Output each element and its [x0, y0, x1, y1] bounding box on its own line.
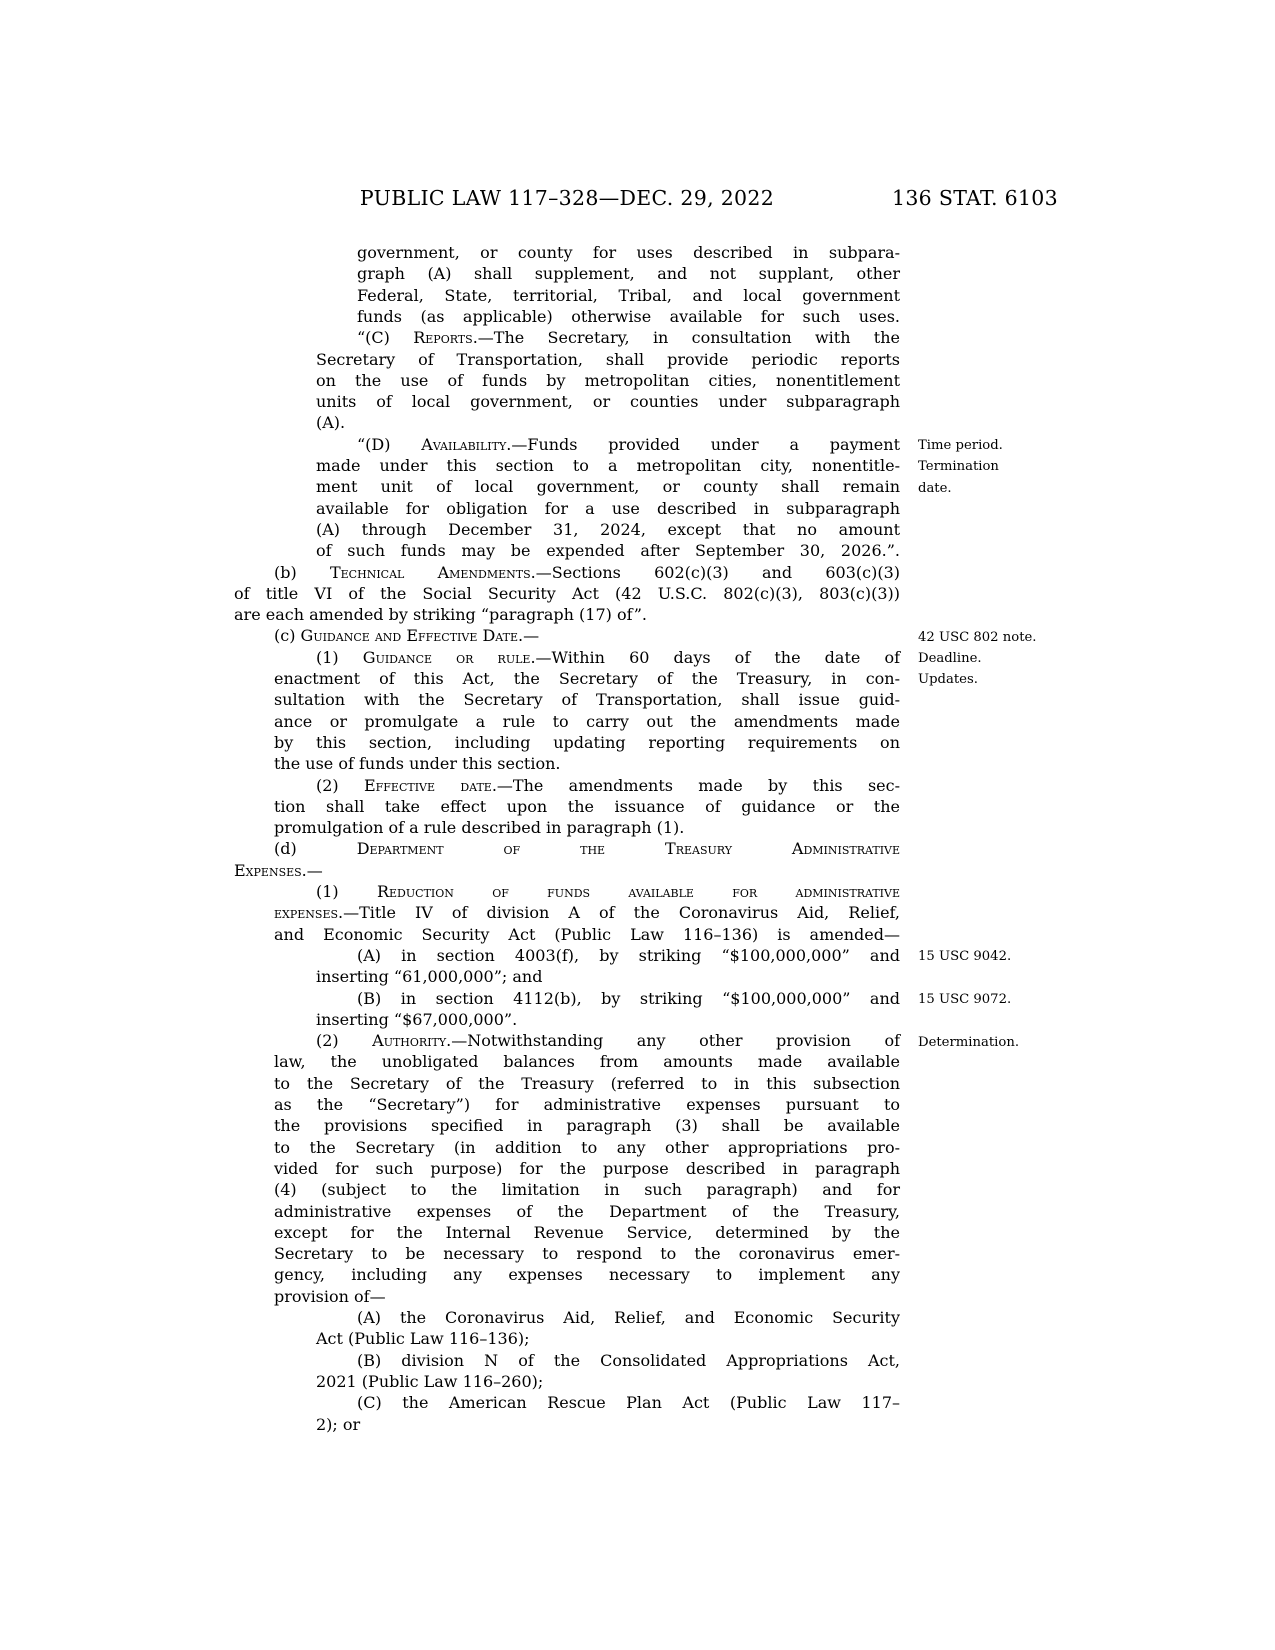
body-line: (C) the American Rescue Plan Act (Public…: [357, 1392, 900, 1413]
text-segment: .—Notwithstanding any other provision of: [446, 1031, 900, 1050]
body-line: (A) through December 31, 2024, except th…: [316, 519, 900, 540]
margin-note: Time period.Terminationdate.: [918, 435, 1068, 499]
page-header-stat-citation: 136 STAT. 6103: [850, 186, 1058, 210]
margin-note: 15 USC 9072.: [918, 989, 1068, 1010]
body-line: enactment of this Act, the Secretary of …: [274, 668, 900, 689]
body-line: funds (as applicable) otherwise availabl…: [357, 306, 900, 327]
text-segment: and Economic Security Act (Public Law 11…: [274, 925, 900, 944]
body-line: are each amended by striking “paragraph …: [234, 604, 900, 625]
text-segment: (1): [316, 882, 377, 901]
margin-note-line: Termination: [918, 456, 1068, 477]
small-caps-heading: Authority: [372, 1031, 446, 1050]
text-segment: (C) the American Rescue Plan Act (Public…: [357, 1393, 900, 1412]
body-line: of such funds may be expended after Sept…: [316, 540, 900, 561]
body-line: tion shall take effect upon the issuance…: [274, 796, 900, 817]
text-segment: (B) division N of the Consolidated Appro…: [357, 1351, 900, 1370]
body-line: (c) Guidance and Effective Date.—: [274, 625, 900, 646]
margin-note: Determination.: [918, 1032, 1068, 1053]
text-segment: of title VI of the Social Security Act (…: [234, 584, 900, 603]
body-line: graph (A) shall supplement, and not supp…: [357, 263, 900, 284]
body-line: on the use of funds by metropolitan citi…: [316, 370, 900, 391]
text-segment: .—: [518, 626, 539, 645]
text-segment: ance or promulgate a rule to carry out t…: [274, 712, 900, 731]
margin-note-line: 42 USC 802 note.: [918, 627, 1068, 648]
text-segment: made under this section to a metropolita…: [316, 456, 900, 475]
text-segment: ment unit of local government, or county…: [316, 477, 900, 496]
body-line: (4) (subject to the limitation in such p…: [274, 1179, 900, 1200]
body-line: sultation with the Secretary of Transpor…: [274, 689, 900, 710]
body-line: Expenses.—: [234, 860, 900, 881]
margin-note-line: Time period.: [918, 435, 1068, 456]
text-segment: (A) through December 31, 2024, except th…: [316, 520, 900, 539]
body-line: ment unit of local government, or county…: [316, 476, 900, 497]
body-line: government, or county for uses described…: [357, 242, 900, 263]
margin-note-line: Determination.: [918, 1032, 1068, 1053]
small-caps-heading: Department of the Treasury Administrativ…: [357, 839, 900, 858]
text-segment: (A) the Coronavirus Aid, Relief, and Eco…: [357, 1308, 900, 1327]
small-caps-heading: Guidance and Effective Date: [301, 626, 518, 645]
text-segment: .—The Secretary, in consultation with th…: [473, 328, 900, 347]
text-segment: vided for such purpose) for the purpose …: [274, 1159, 900, 1178]
body-line: administrative expenses of the Departmen…: [274, 1201, 900, 1222]
body-line: available for obligation for a use descr…: [316, 498, 900, 519]
body-line: Secretary of Transportation, shall provi…: [316, 349, 900, 370]
body-line: inserting “61,000,000”; and: [316, 966, 900, 987]
text-segment: (B) in section 4112(b), by striking “$10…: [357, 989, 900, 1008]
text-segment: on the use of funds by metropolitan citi…: [316, 371, 900, 390]
body-line: the provisions specified in paragraph (3…: [274, 1115, 900, 1136]
text-segment: (A).: [316, 413, 345, 432]
text-segment: graph (A) shall supplement, and not supp…: [357, 264, 900, 283]
body-line: provision of—: [274, 1286, 900, 1307]
statute-page: PUBLIC LAW 117–328—DEC. 29, 2022 136 STA…: [0, 0, 1275, 1650]
small-caps-heading: Guidance or rule: [363, 648, 531, 667]
body-line: to the Secretary of the Treasury (referr…: [274, 1073, 900, 1094]
body-line: (d) Department of the Treasury Administr…: [274, 838, 900, 859]
text-segment: gency, including any expenses necessary …: [274, 1265, 900, 1284]
text-segment: of such funds may be expended after Sept…: [316, 541, 900, 560]
small-caps-heading: Technical Amendments: [330, 563, 531, 582]
text-segment: as the “Secretary”) for administrative e…: [274, 1095, 900, 1114]
body-line: 2); or: [316, 1414, 900, 1435]
text-segment: government, or county for uses described…: [357, 243, 900, 262]
text-segment: .—: [302, 861, 323, 880]
text-segment: the use of funds under this section.: [274, 754, 560, 773]
body-line: (1) Guidance or rule.—Within 60 days of …: [316, 647, 900, 668]
text-segment: 2); or: [316, 1415, 360, 1434]
text-segment: .—Sections 602(c)(3) and 603(c)(3): [531, 563, 900, 582]
body-line: Federal, State, territorial, Tribal, and…: [357, 285, 900, 306]
body-line: Secretary to be necessary to respond to …: [274, 1243, 900, 1264]
body-line: law, the unobligated balances from amoun…: [274, 1051, 900, 1072]
body-line: ance or promulgate a rule to carry out t…: [274, 711, 900, 732]
text-segment: Federal, State, territorial, Tribal, and…: [357, 286, 900, 305]
body-line: (A) the Coronavirus Aid, Relief, and Eco…: [357, 1307, 900, 1328]
text-segment: enactment of this Act, the Secretary of …: [274, 669, 900, 688]
body-line: as the “Secretary”) for administrative e…: [274, 1094, 900, 1115]
small-caps-heading: Reports: [413, 328, 472, 347]
margin-note: Deadline.Updates.: [918, 648, 1068, 691]
body-line: Act (Public Law 116–136);: [316, 1328, 900, 1349]
text-segment: .—The amendments made by this sec-: [492, 776, 900, 795]
text-segment: promulgation of a rule described in para…: [274, 818, 684, 837]
text-segment: by this section, including updating repo…: [274, 733, 900, 752]
text-segment: (b): [274, 563, 330, 582]
text-segment: except for the Internal Revenue Service,…: [274, 1223, 900, 1242]
text-segment: units of local government, or counties u…: [316, 392, 900, 411]
body-line: (B) division N of the Consolidated Appro…: [357, 1350, 900, 1371]
text-segment: (A) in section 4003(f), by striking “$10…: [357, 946, 900, 965]
text-segment: are each amended by striking “paragraph …: [234, 605, 647, 624]
body-line: “(C) Reports.—The Secretary, in consulta…: [357, 327, 900, 348]
text-segment: “(C): [357, 328, 413, 347]
small-caps-heading: expenses: [274, 903, 338, 922]
small-caps-heading: Reduction of funds available for adminis…: [377, 882, 900, 901]
body-line: made under this section to a metropolita…: [316, 455, 900, 476]
text-segment: tion shall take effect upon the issuance…: [274, 797, 900, 816]
text-segment: 2021 (Public Law 116–260);: [316, 1372, 543, 1391]
text-segment: (2): [316, 1031, 372, 1050]
body-line: expenses.—Title IV of division A of the …: [274, 902, 900, 923]
text-segment: (d): [274, 839, 357, 858]
body-line: gency, including any expenses necessary …: [274, 1264, 900, 1285]
text-segment: Secretary of Transportation, shall provi…: [316, 350, 900, 369]
body-line: inserting “$67,000,000”.: [316, 1009, 900, 1030]
text-segment: to the Secretary (in addition to any oth…: [274, 1138, 900, 1157]
margin-note: 42 USC 802 note.: [918, 627, 1068, 648]
body-line: (2) Authority.—Notwithstanding any other…: [316, 1030, 900, 1051]
body-line: by this section, including updating repo…: [274, 732, 900, 753]
body-line: (2) Effective date.—The amendments made …: [316, 775, 900, 796]
text-segment: (4) (subject to the limitation in such p…: [274, 1180, 900, 1199]
text-segment: funds (as applicable) otherwise availabl…: [357, 307, 900, 326]
body-line: of title VI of the Social Security Act (…: [234, 583, 900, 604]
body-line: to the Secretary (in addition to any oth…: [274, 1137, 900, 1158]
body-line: (1) Reduction of funds available for adm…: [316, 881, 900, 902]
margin-note: 15 USC 9042.: [918, 946, 1068, 967]
body-line: (B) in section 4112(b), by striking “$10…: [357, 988, 900, 1009]
text-segment: sultation with the Secretary of Transpor…: [274, 690, 900, 709]
text-segment: to the Secretary of the Treasury (referr…: [274, 1074, 900, 1093]
small-caps-heading: Availability: [421, 435, 506, 454]
text-segment: Act (Public Law 116–136);: [316, 1329, 530, 1348]
text-segment: inserting “61,000,000”; and: [316, 967, 542, 986]
body-line: (A).: [316, 412, 900, 433]
body-line: vided for such purpose) for the purpose …: [274, 1158, 900, 1179]
text-segment: .—Within 60 days of the date of: [530, 648, 900, 667]
body-line: promulgation of a rule described in para…: [274, 817, 900, 838]
text-segment: available for obligation for a use descr…: [316, 499, 900, 518]
page-header-law-title: PUBLIC LAW 117–328—DEC. 29, 2022: [234, 186, 900, 210]
text-segment: administrative expenses of the Departmen…: [274, 1202, 900, 1221]
body-line: the use of funds under this section.: [274, 753, 900, 774]
body-line: (b) Technical Amendments.—Sections 602(c…: [274, 562, 900, 583]
margin-note-line: Updates.: [918, 669, 1068, 690]
body-line: units of local government, or counties u…: [316, 391, 900, 412]
body-line: and Economic Security Act (Public Law 11…: [274, 924, 900, 945]
margin-note-line: Deadline.: [918, 648, 1068, 669]
text-segment: law, the unobligated balances from amoun…: [274, 1052, 900, 1071]
body-line: “(D) Availability.—Funds provided under …: [357, 434, 900, 455]
text-segment: .—Title IV of division A of the Coronavi…: [338, 903, 900, 922]
body-line: except for the Internal Revenue Service,…: [274, 1222, 900, 1243]
margin-note-line: date.: [918, 478, 1068, 499]
small-caps-heading: Effective date: [364, 776, 492, 795]
small-caps-heading: Expenses: [234, 861, 302, 880]
body-line: 2021 (Public Law 116–260);: [316, 1371, 900, 1392]
text-segment: “(D): [357, 435, 421, 454]
margin-note-line: 15 USC 9042.: [918, 946, 1068, 967]
text-segment: (2): [316, 776, 364, 795]
margin-note-line: 15 USC 9072.: [918, 989, 1068, 1010]
text-segment: inserting “$67,000,000”.: [316, 1010, 517, 1029]
text-segment: (c): [274, 626, 301, 645]
text-segment: Secretary to be necessary to respond to …: [274, 1244, 900, 1263]
text-segment: .—Funds provided under a payment: [506, 435, 900, 454]
text-segment: the provisions specified in paragraph (3…: [274, 1116, 900, 1135]
body-line: (A) in section 4003(f), by striking “$10…: [357, 945, 900, 966]
text-segment: provision of—: [274, 1287, 386, 1306]
text-segment: (1): [316, 648, 363, 667]
